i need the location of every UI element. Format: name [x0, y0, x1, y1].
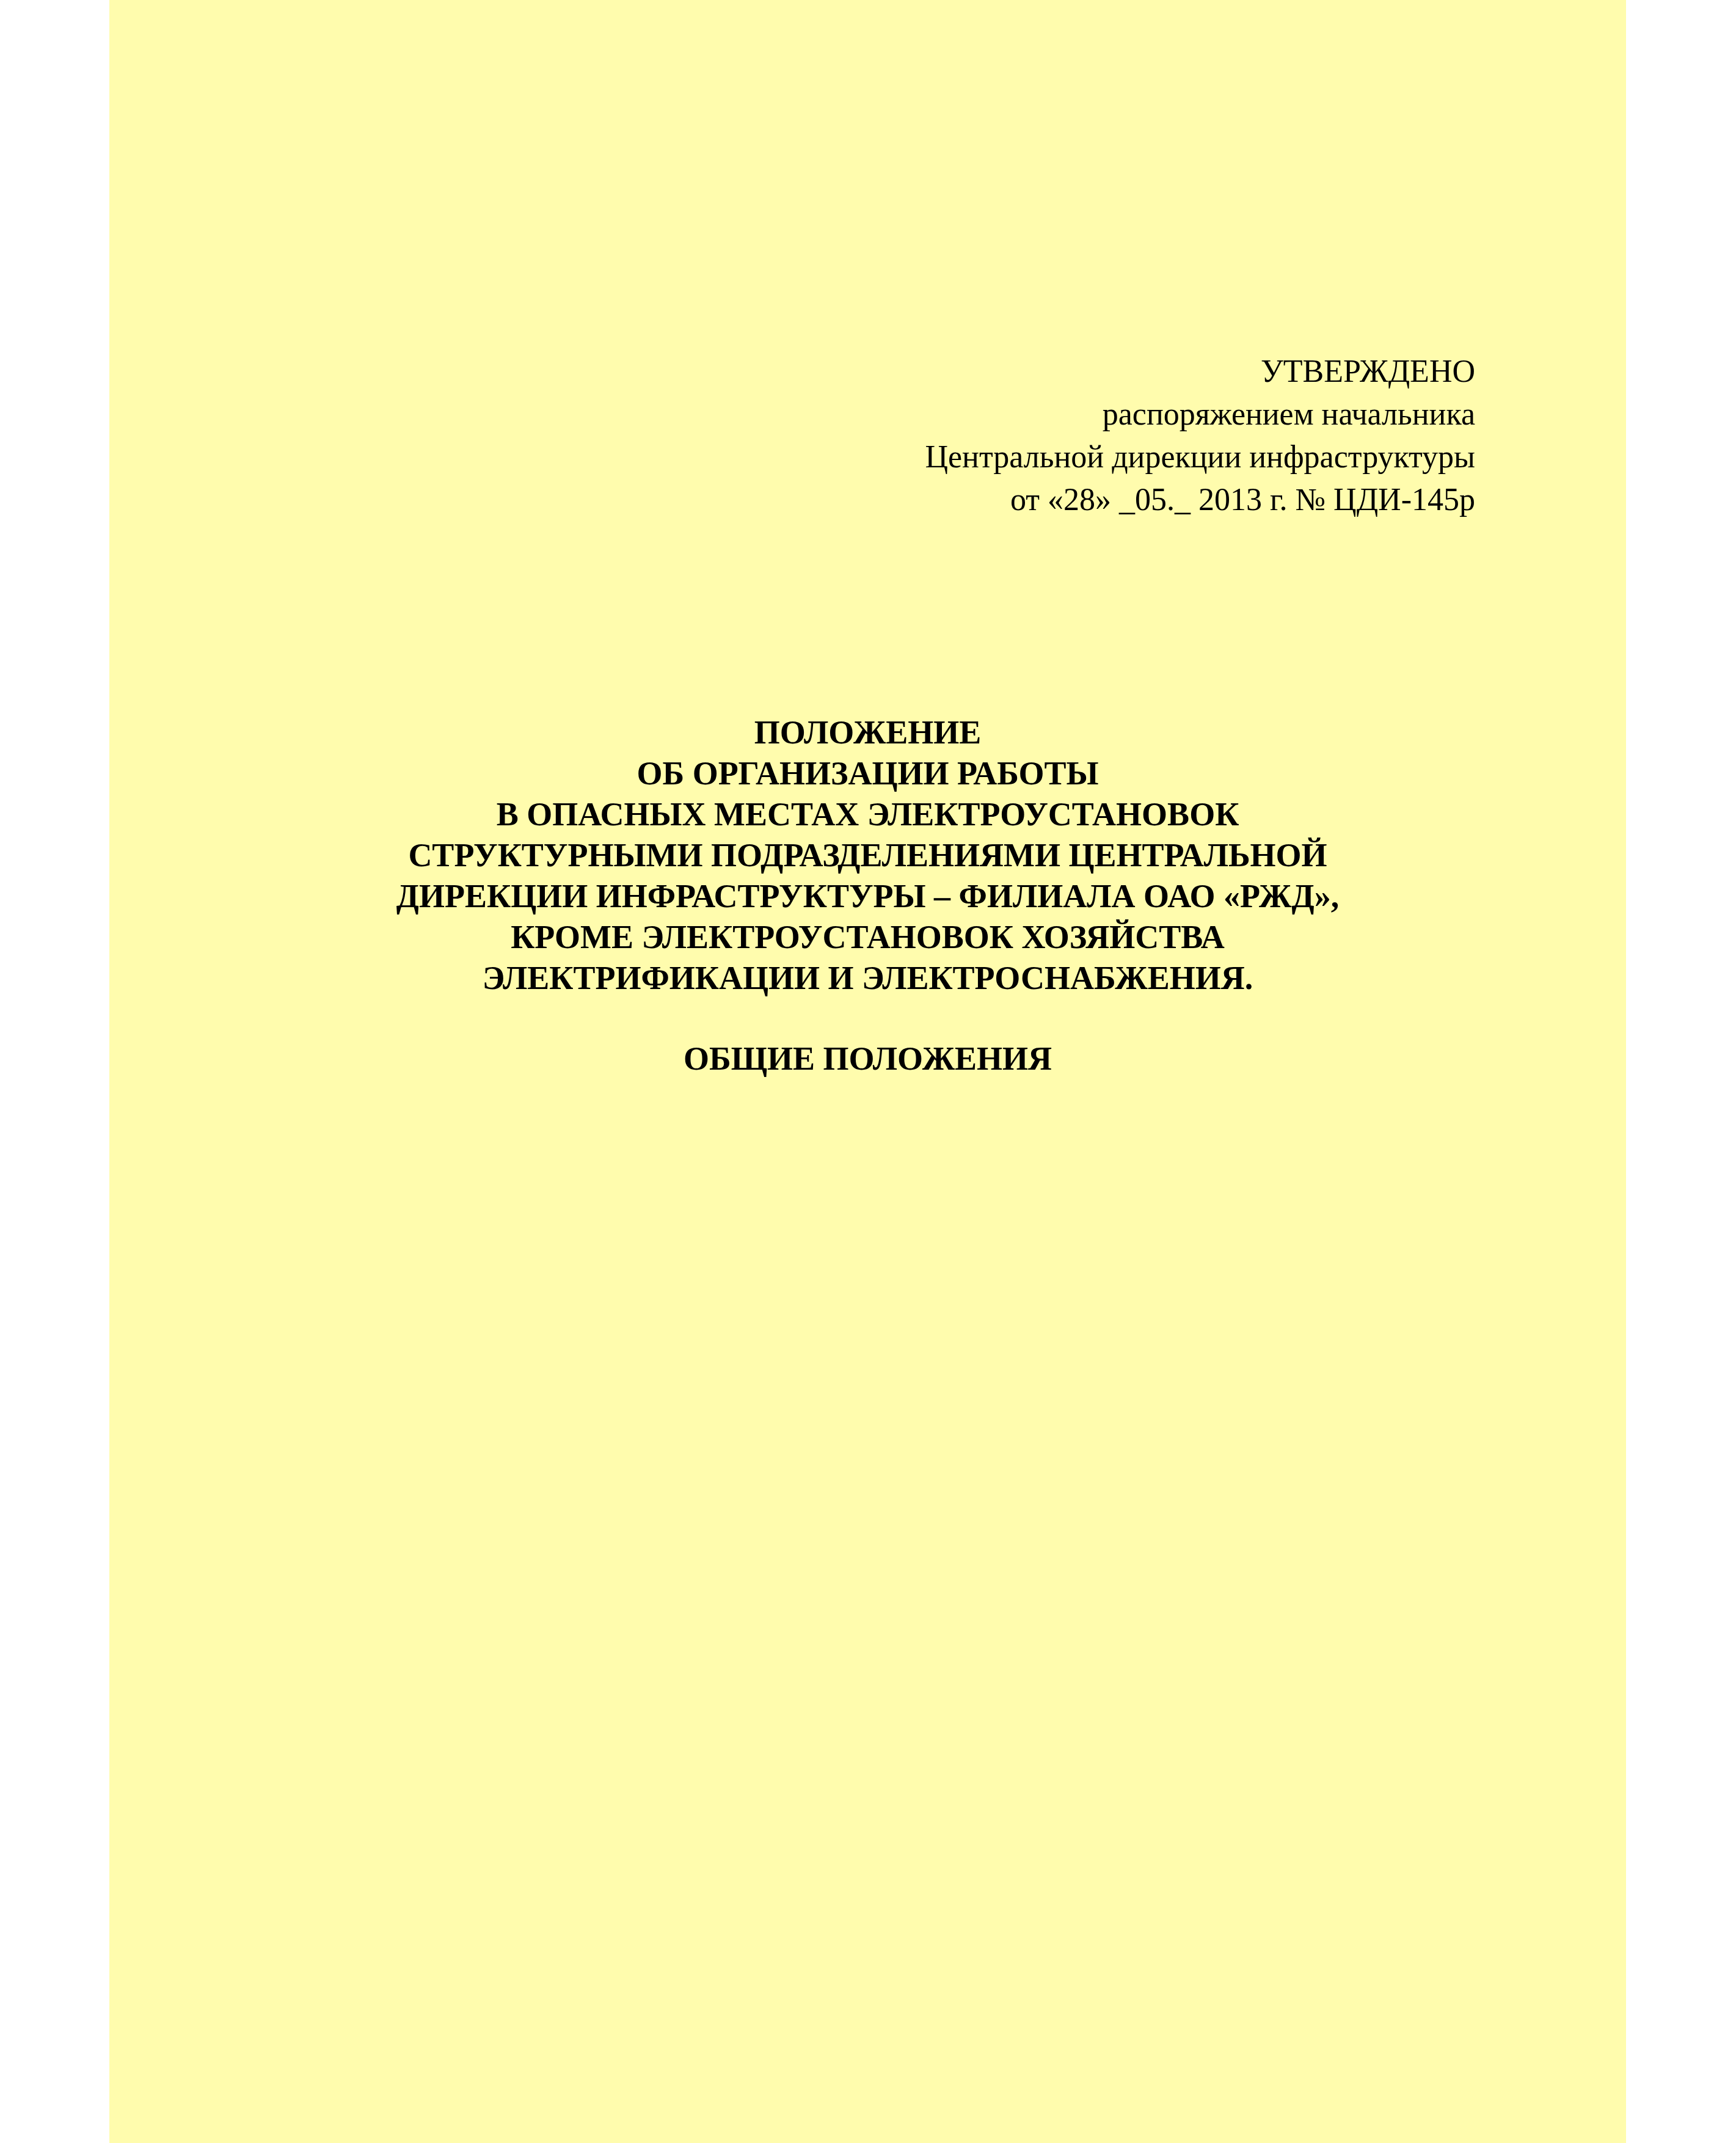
title-line: ЭЛЕКТРИФИКАЦИИ И ЭЛЕКТРОСНАБЖЕНИЯ.	[109, 958, 1626, 999]
title-line: ПОЛОЖЕНИЕ	[109, 712, 1626, 753]
approval-line-date-number: от «28» _05._ 2013 г. № ЦДИ-145р	[925, 479, 1475, 522]
approval-heading: УТВЕРЖДЕНО	[925, 351, 1475, 393]
document-title: ПОЛОЖЕНИЕ ОБ ОРГАНИЗАЦИИ РАБОТЫ В ОПАСНЫ…	[109, 712, 1626, 999]
section-heading: ОБЩИЕ ПОЛОЖЕНИЯ	[109, 1039, 1626, 1079]
approval-line-order: распоряжением начальника	[925, 393, 1475, 436]
approval-line-directorate: Центральной дирекции инфраструктуры	[925, 436, 1475, 479]
title-line: ДИРЕКЦИИ ИНФРАСТРУКТУРЫ – ФИЛИАЛА ОАО «Р…	[109, 876, 1626, 917]
title-line: В ОПАСНЫХ МЕСТАХ ЭЛЕКТРОУСТАНОВОК	[109, 794, 1626, 835]
title-line: СТРУКТУРНЫМИ ПОДРАЗДЕЛЕНИЯМИ ЦЕНТРАЛЬНОЙ	[109, 835, 1626, 876]
title-line: ОБ ОРГАНИЗАЦИИ РАБОТЫ	[109, 753, 1626, 794]
approval-stamp: УТВЕРЖДЕНО распоряжением начальника Цент…	[925, 351, 1475, 522]
title-line: КРОМЕ ЭЛЕКТРОУСТАНОВОК ХОЗЯЙСТВА	[109, 917, 1626, 958]
document-page: УТВЕРЖДЕНО распоряжением начальника Цент…	[109, 0, 1626, 2143]
